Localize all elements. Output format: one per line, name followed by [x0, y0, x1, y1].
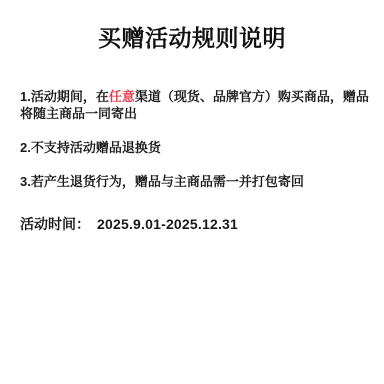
promo-rules-notice: 买赠活动规则说明 1.活动期间，在任意渠道（现货、品牌官方）购买商品，赠品将随主…: [0, 0, 384, 384]
rule-1-prefix: 1.活动期间，在: [20, 89, 109, 104]
promo-period-label: 活动时间：: [20, 216, 90, 232]
rule-1-highlight: 任意: [109, 89, 135, 104]
promo-period-value: 2025.9.01-2025.12.31: [97, 216, 238, 232]
rule-item-2: 2.不支持活动赠品退换货: [20, 139, 370, 156]
rule-item-1: 1.活动期间，在任意渠道（现货、品牌官方）购买商品，赠品将随主商品一同寄出: [20, 88, 370, 122]
rule-item-3: 3.若产生退货行为，赠品与主商品需一并打包寄回: [20, 173, 370, 190]
promo-period: 活动时间：2025.9.01-2025.12.31: [20, 215, 370, 233]
page-title: 买赠活动规则说明: [20, 24, 364, 52]
